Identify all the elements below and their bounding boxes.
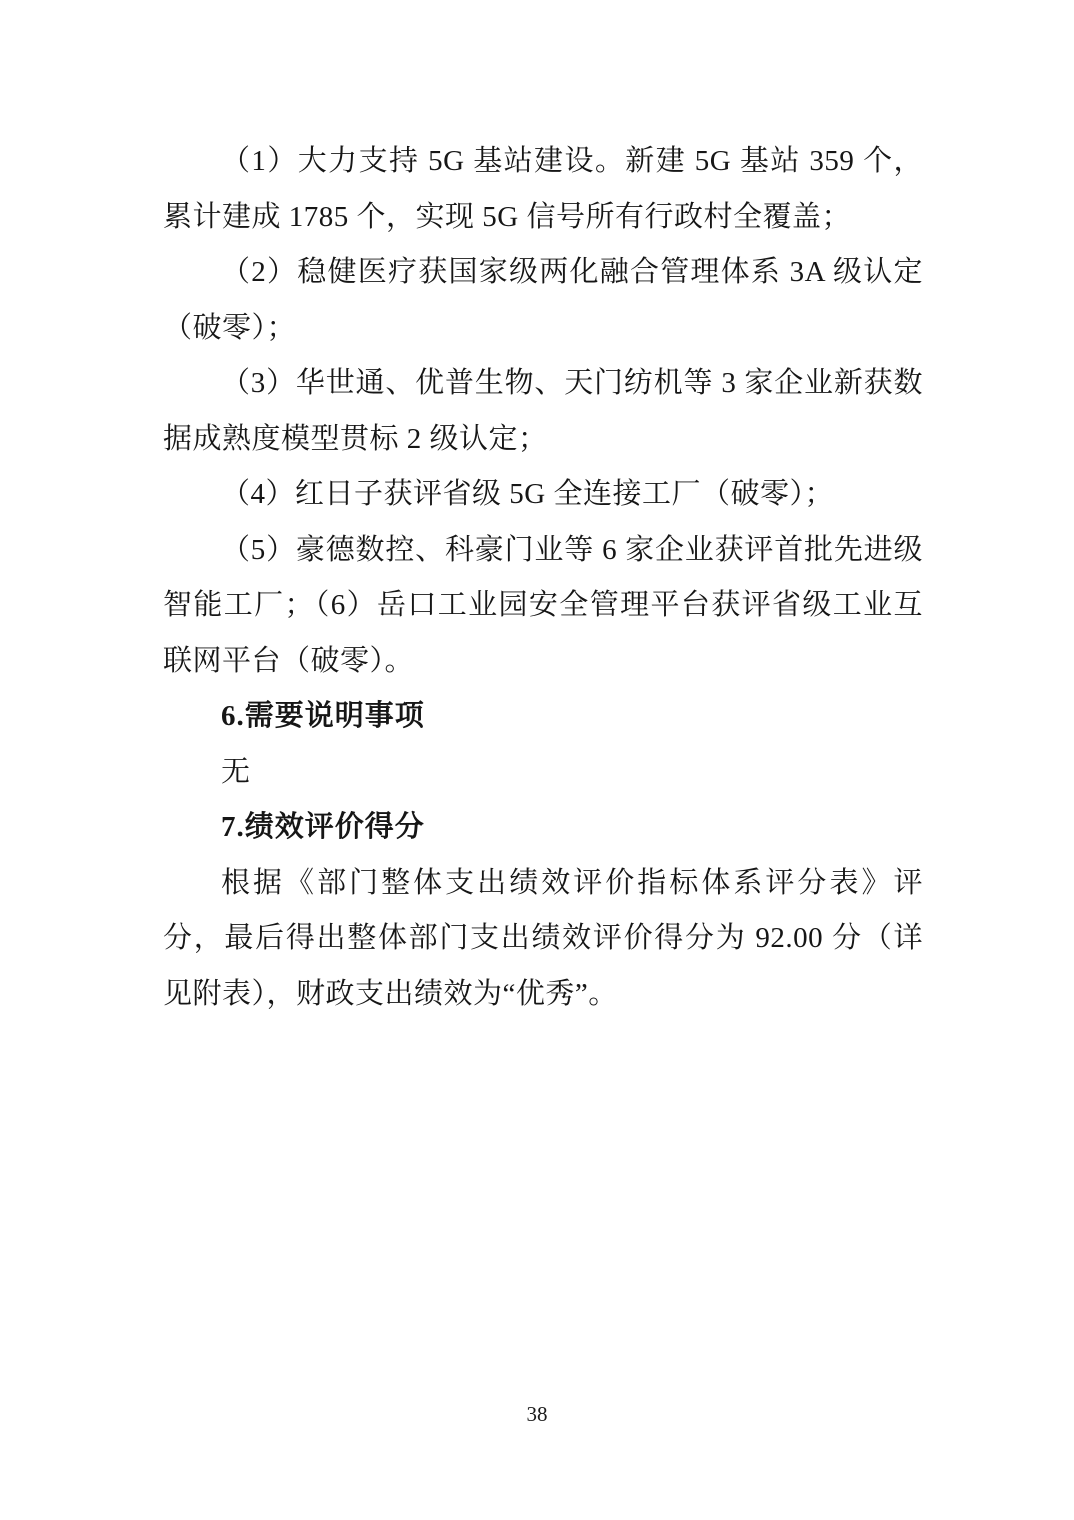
- document-page: （1）大力支持 5G 基站建设。新建 5G 基站 359 个，累计建成 1785…: [0, 0, 1074, 1520]
- paragraph-none: 无: [163, 745, 923, 801]
- paragraph-item-5-6: （5）豪德数控、科豪门业等 6 家企业获评首批先进级智能工厂；（6）岳口工业园安…: [163, 523, 923, 690]
- paragraph-evaluation-score: 根据《部门整体支出绩效评价指标体系评分表》评分，最后得出整体部门支出绩效评价得分…: [163, 856, 923, 1023]
- section-heading-6-remarks: 6.需要说明事项: [163, 689, 923, 745]
- paragraph-item-1: （1）大力支持 5G 基站建设。新建 5G 基站 359 个，累计建成 1785…: [163, 134, 923, 245]
- paragraph-item-4: （4）红日子获评省级 5G 全连接工厂（破零）；: [163, 467, 923, 523]
- document-body: （1）大力支持 5G 基站建设。新建 5G 基站 359 个，累计建成 1785…: [163, 134, 923, 1022]
- paragraph-item-2: （2）稳健医疗获国家级两化融合管理体系 3A 级认定（破零）；: [163, 245, 923, 356]
- section-heading-7-score: 7.绩效评价得分: [163, 800, 923, 856]
- paragraph-item-3: （3）华世通、优普生物、天门纺机等 3 家企业新获数据成熟度模型贯标 2 级认定…: [163, 356, 923, 467]
- page-number: 38: [0, 1400, 1074, 1428]
